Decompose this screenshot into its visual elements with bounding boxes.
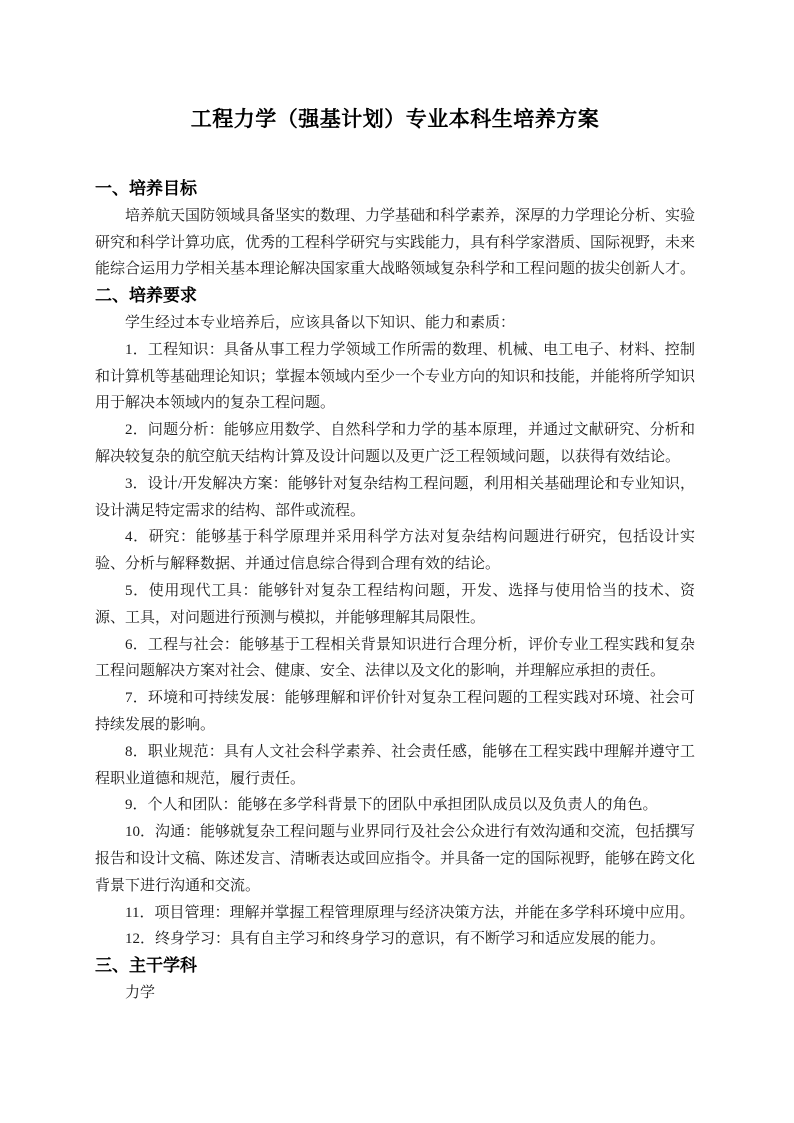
section-heading-training-requirements: 二、培养要求	[95, 283, 695, 310]
section-heading-training-goal: 一、培养目标	[95, 176, 695, 203]
section-core-discipline: 三、主干学科 力学	[95, 953, 695, 1007]
document-page: 工程力学（强基计划）专业本科生培养方案 一、培养目标 培养航天国防领域具备坚实的…	[0, 0, 794, 1123]
section-heading-core-discipline: 三、主干学科	[95, 953, 695, 980]
paragraph-requirement-9-individual-team: 9．个人和团队：能够在多学科背景下的团队中承担团队成员以及负责人的角色。	[95, 792, 695, 819]
paragraph-requirements-intro: 学生经过本专业培养后，应该具备以下知识、能力和素质：	[95, 310, 695, 337]
paragraph-requirement-10-communication: 10．沟通：能够就复杂工程问题与业界同行及社会公众进行有效沟通和交流，包括撰写报…	[95, 819, 695, 899]
paragraph-requirement-2-problem-analysis: 2．问题分析：能够应用数学、自然科学和力学的基本原理，并通过文献研究、分析和解决…	[95, 417, 695, 471]
paragraph-requirement-11-project-management: 11．项目管理：理解并掌握工程管理原理与经济决策方法，并能在多学科环境中应用。	[95, 900, 695, 927]
paragraph-requirement-6-engineering-society: 6．工程与社会：能够基于工程相关背景知识进行合理分析，评价专业工程实践和复杂工程…	[95, 632, 695, 686]
paragraph-requirement-4-research: 4．研究：能够基于科学原理并采用科学方法对复杂结构问题进行研究，包括设计实验、分…	[95, 524, 695, 578]
paragraph-requirement-5-modern-tools: 5．使用现代工具：能够针对复杂工程结构问题，开发、选择与使用恰当的技术、资源、工…	[95, 578, 695, 632]
document-title: 工程力学（强基计划）专业本科生培养方案	[95, 103, 695, 137]
paragraph-requirement-1-engineering-knowledge: 1．工程知识：具备从事工程力学领域工作所需的数理、机械、电工电子、材料、控制和计…	[95, 337, 695, 417]
paragraph-requirement-7-environment-sustainability: 7．环境和可持续发展：能够理解和评价针对复杂工程问题的工程实践对环境、社会可持续…	[95, 685, 695, 739]
paragraph-core-discipline: 力学	[95, 980, 695, 1007]
section-training-goal: 一、培养目标 培养航天国防领域具备坚实的数理、力学基础和科学素养，深厚的力学理论…	[95, 176, 695, 283]
paragraph-training-goal: 培养航天国防领域具备坚实的数理、力学基础和科学素养，深厚的力学理论分析、实验研究…	[95, 203, 695, 283]
section-training-requirements: 二、培养要求 学生经过本专业培养后，应该具备以下知识、能力和素质： 1．工程知识…	[95, 283, 695, 953]
paragraph-requirement-3-design-solutions: 3．设计/开发解决方案：能够针对复杂结构工程问题，利用相关基础理论和专业知识，设…	[95, 471, 695, 525]
paragraph-requirement-12-lifelong-learning: 12．终身学习：具有自主学习和终身学习的意识，有不断学习和适应发展的能力。	[95, 926, 695, 953]
paragraph-requirement-8-professional-ethics: 8．职业规范：具有人文社会科学素养、社会责任感，能够在工程实践中理解并遵守工程职…	[95, 739, 695, 793]
